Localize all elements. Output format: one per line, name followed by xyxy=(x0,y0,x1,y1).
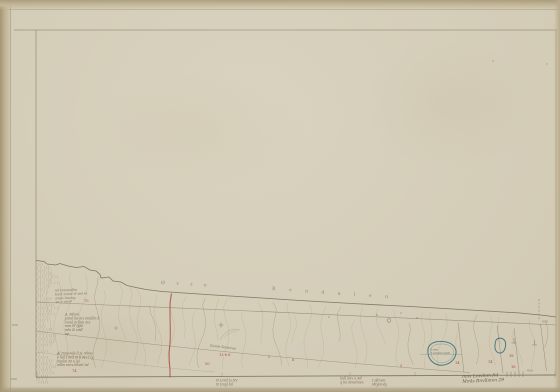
scanned-survey-map: Ø v r e R e n d a l e n 636 600 630 600 … xyxy=(0,0,560,392)
scan-vignette xyxy=(0,0,560,392)
